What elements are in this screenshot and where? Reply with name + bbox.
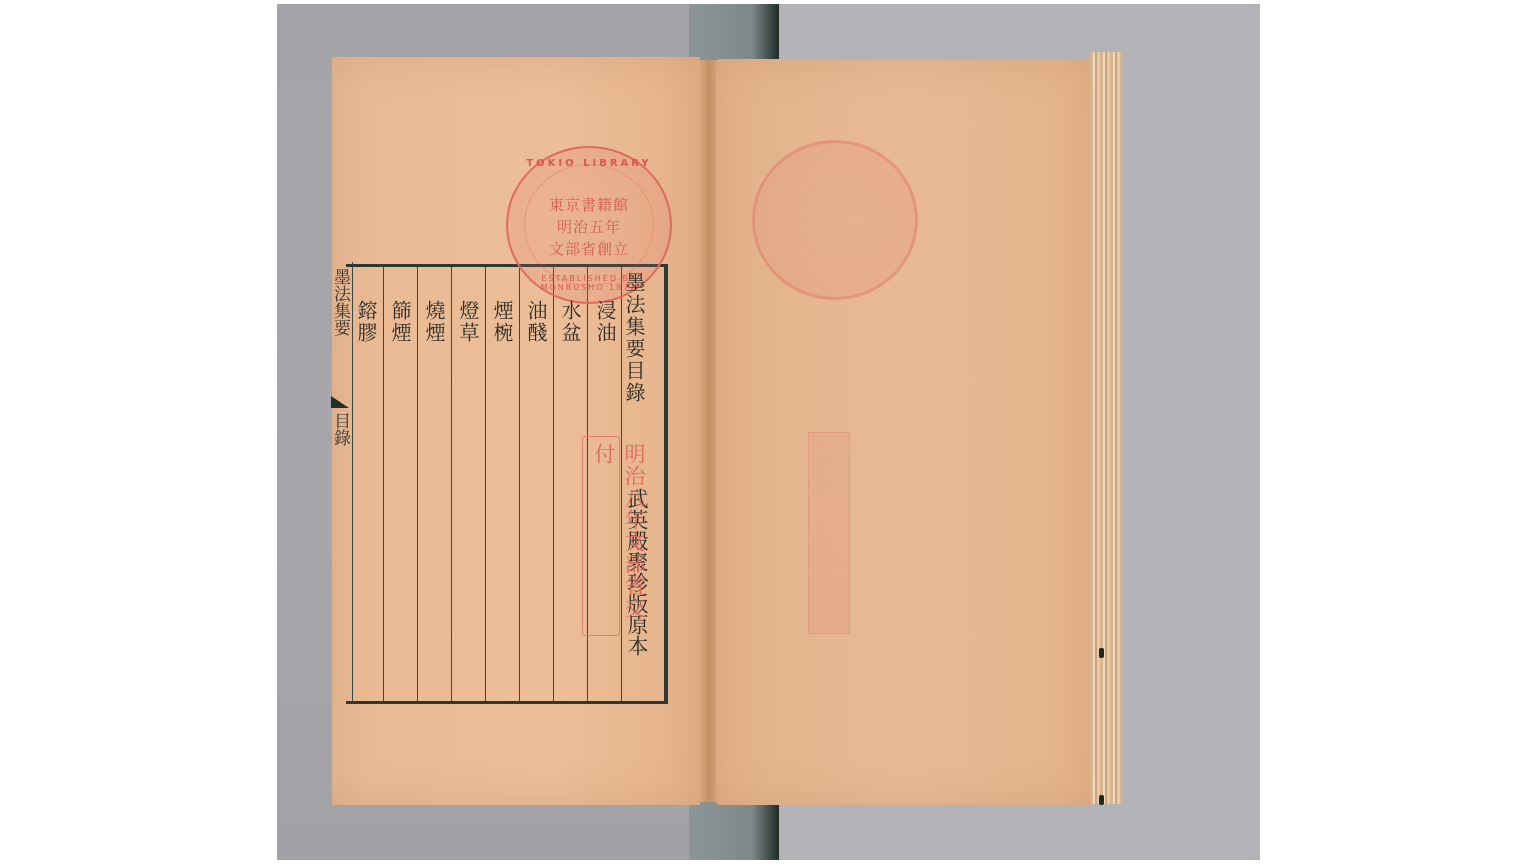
toc-entry-7: 篩煙 (390, 300, 410, 344)
column-rule (417, 267, 418, 701)
toc-entry-5: 燈草 (458, 300, 478, 344)
tokio-library-seal: TOKIO LIBRARY 東京書籍館 明治五年 文部省創立 ESTABLISH… (506, 146, 672, 304)
column-rule (553, 267, 554, 701)
bleed-through-round-seal (752, 140, 918, 300)
column-rule (451, 267, 452, 701)
seal-line-3: 文部省創立 (508, 238, 670, 259)
binding-mark (1099, 795, 1104, 805)
bleed-through-rect-seal (808, 432, 850, 634)
binding-mark (1099, 648, 1104, 658)
column-rule (383, 267, 384, 701)
seal-line-1: 東京書籍館 (508, 194, 670, 215)
page-edges (1090, 52, 1122, 804)
toc-entry-6: 燒煙 (424, 300, 444, 344)
toc-entry-8: 鎔膠 (356, 300, 376, 344)
toc-title: 墨法集要目錄 (624, 272, 644, 404)
toc-entry-4: 煙椀 (492, 300, 512, 344)
donation-seal: 明治八年文部省交付 (582, 436, 620, 636)
toc-entry-3: 油醆 (526, 300, 546, 344)
column-rule (485, 267, 486, 701)
donation-seal-text: 明治八年文部省交付 (589, 443, 649, 635)
toc-entry-2: 水盆 (560, 300, 580, 344)
column-rule (519, 267, 520, 701)
seal-ring-top-text: TOKIO LIBRARY (508, 158, 670, 169)
seal-line-2: 明治五年 (508, 216, 670, 237)
toc-entry-1: 浸油 (595, 300, 615, 344)
